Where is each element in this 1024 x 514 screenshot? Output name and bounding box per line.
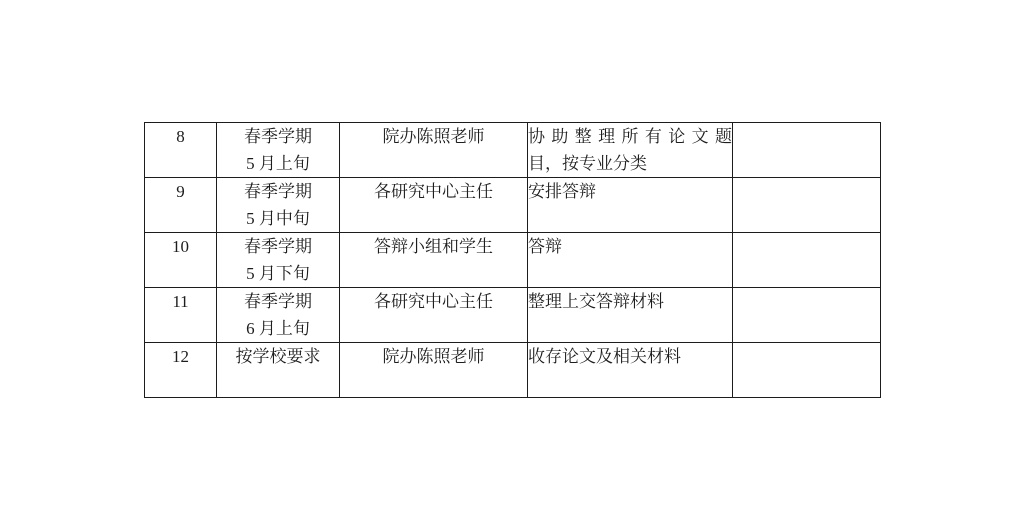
- time-line: 春季学期: [217, 288, 339, 315]
- cell-time: 春季学期 5 月中旬: [217, 178, 340, 233]
- time-line: 5 月中旬: [217, 205, 339, 232]
- cell-number: 10: [145, 233, 217, 288]
- time-line: 春季学期: [217, 233, 339, 260]
- person-name: 院办陈照老师: [340, 123, 527, 150]
- cell-person: 答辩小组和学生: [340, 233, 528, 288]
- cell-person: 各研究中心主任: [340, 288, 528, 343]
- cell-notes: [733, 343, 881, 398]
- time-line: 春季学期: [217, 123, 339, 150]
- task-line: 整理上交答辩材料: [528, 288, 732, 315]
- cell-number: 9: [145, 178, 217, 233]
- cell-time: 春季学期 6 月上旬: [217, 288, 340, 343]
- cell-notes: [733, 233, 881, 288]
- cell-task: 收存论文及相关材料: [528, 343, 733, 398]
- task-line: 目，按专业分类: [528, 150, 732, 177]
- person-name: 各研究中心主任: [340, 178, 527, 205]
- cell-person: 院办陈照老师: [340, 123, 528, 178]
- row-number: 8: [145, 123, 216, 150]
- person-name: 院办陈照老师: [340, 343, 527, 370]
- cell-task: 协助整理所有论文题 目，按专业分类: [528, 123, 733, 178]
- table-row: 8 春季学期 5 月上旬 院办陈照老师 协助整理所有论文题 目，按专业分类: [145, 123, 881, 178]
- row-number: 10: [145, 233, 216, 260]
- cell-notes: [733, 123, 881, 178]
- table-row: 9 春季学期 5 月中旬 各研究中心主任 安排答辩: [145, 178, 881, 233]
- table-row: 12 按学校要求 院办陈照老师 收存论文及相关材料: [145, 343, 881, 398]
- row-number: 12: [145, 343, 216, 370]
- task-line: 答辩: [528, 233, 732, 260]
- task-line: 收存论文及相关材料: [528, 343, 732, 370]
- table-row: 11 春季学期 6 月上旬 各研究中心主任 整理上交答辩材料: [145, 288, 881, 343]
- person-name: 各研究中心主任: [340, 288, 527, 315]
- row-number: 11: [145, 288, 216, 315]
- person-name: 答辩小组和学生: [340, 233, 527, 260]
- time-line: 5 月上旬: [217, 150, 339, 177]
- task-line: 安排答辩: [528, 178, 732, 205]
- time-line: 按学校要求: [217, 343, 339, 370]
- cell-person: 各研究中心主任: [340, 178, 528, 233]
- cell-notes: [733, 178, 881, 233]
- row-number: 9: [145, 178, 216, 205]
- cell-person: 院办陈照老师: [340, 343, 528, 398]
- table-row: 10 春季学期 5 月下旬 答辩小组和学生 答辩: [145, 233, 881, 288]
- schedule-table: 8 春季学期 5 月上旬 院办陈照老师 协助整理所有论文题 目，按专业分类 9: [144, 122, 881, 398]
- cell-notes: [733, 288, 881, 343]
- cell-task: 安排答辩: [528, 178, 733, 233]
- cell-number: 8: [145, 123, 217, 178]
- time-line: 6 月上旬: [217, 315, 339, 342]
- time-line: 春季学期: [217, 178, 339, 205]
- task-line: 协助整理所有论文题: [528, 123, 732, 150]
- cell-time: 春季学期 5 月上旬: [217, 123, 340, 178]
- cell-time: 春季学期 5 月下旬: [217, 233, 340, 288]
- time-line: 5 月下旬: [217, 260, 339, 287]
- cell-task: 整理上交答辩材料: [528, 288, 733, 343]
- cell-time: 按学校要求: [217, 343, 340, 398]
- cell-task: 答辩: [528, 233, 733, 288]
- cell-number: 11: [145, 288, 217, 343]
- document-page: 8 春季学期 5 月上旬 院办陈照老师 协助整理所有论文题 目，按专业分类 9: [0, 0, 1024, 514]
- cell-number: 12: [145, 343, 217, 398]
